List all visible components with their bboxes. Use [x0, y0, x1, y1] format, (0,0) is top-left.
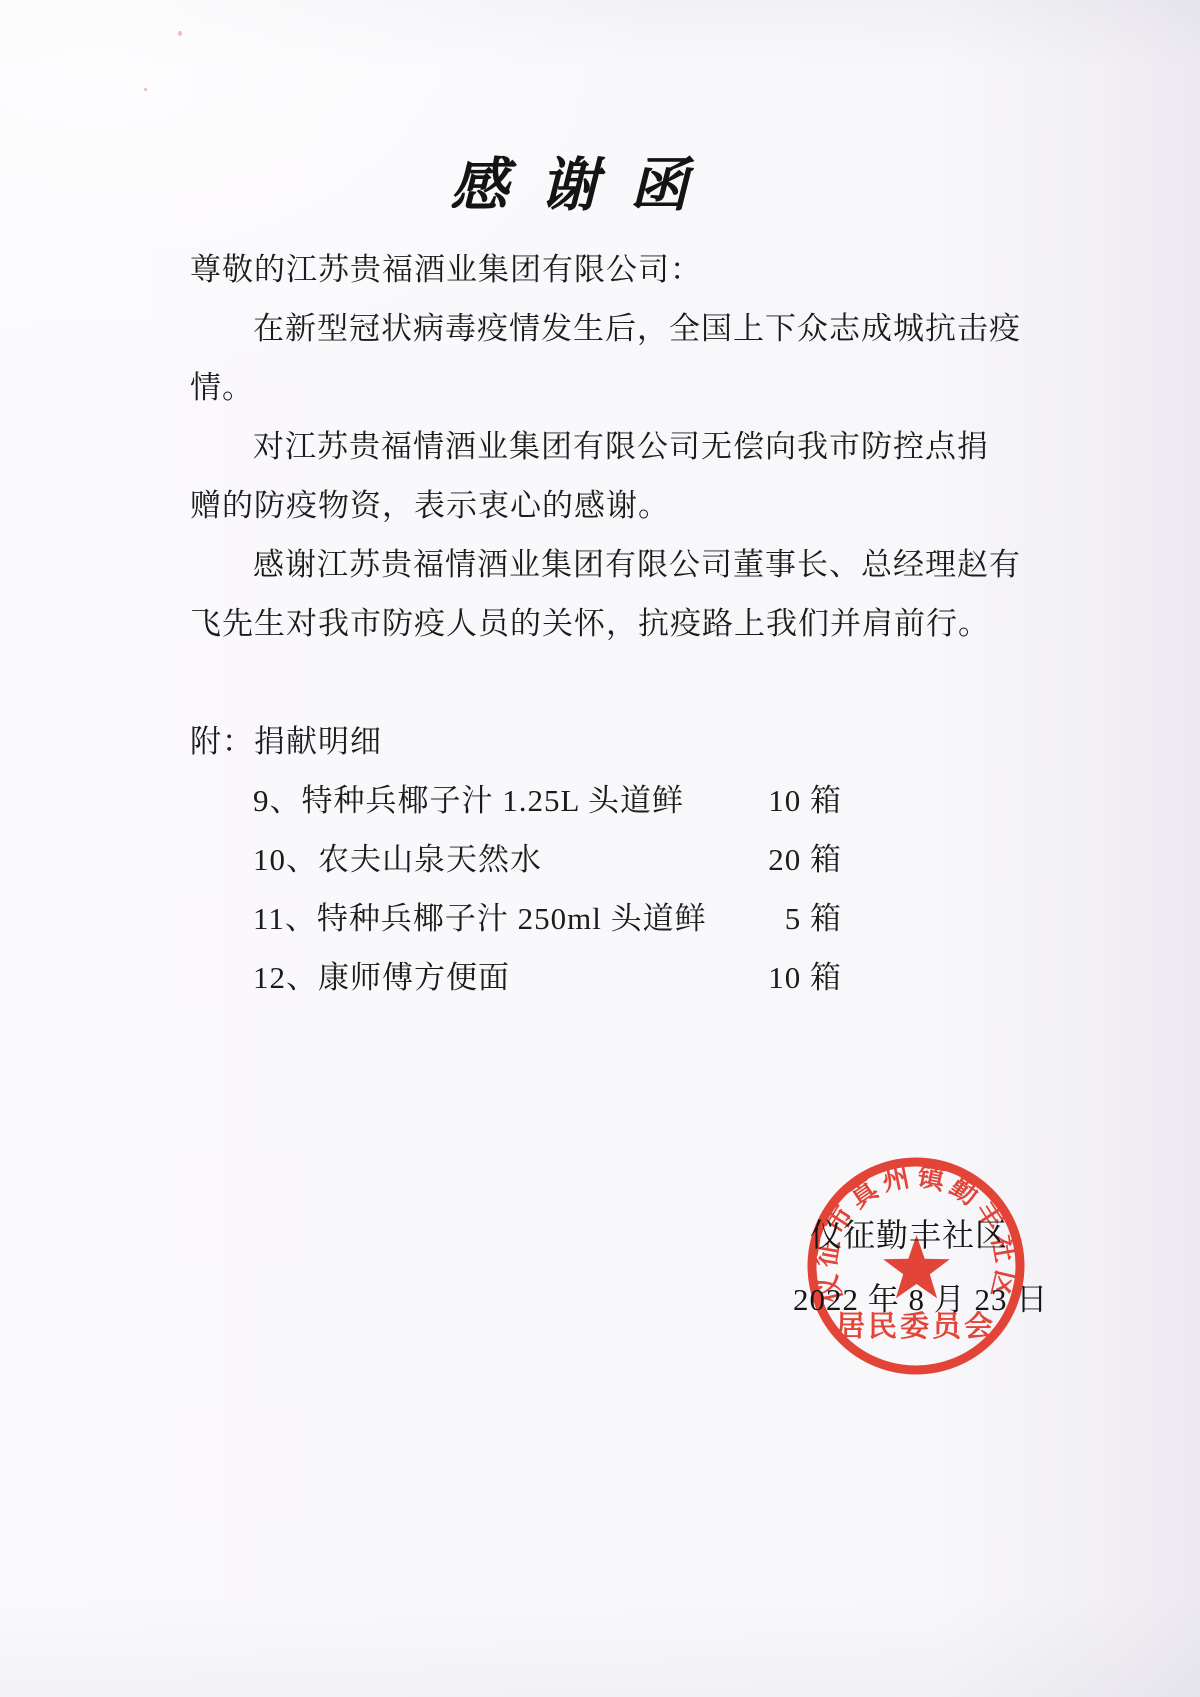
letter-title: 感谢函 [0, 138, 1170, 222]
donation-item: 9、特种兵椰子汁 1.25L 头道鲜 10 箱 [190, 771, 842, 830]
donation-item-qty: 20 箱 [768, 830, 842, 889]
donation-item-qty: 10 箱 [768, 948, 842, 1007]
official-seal-stamp: 仪征市真州镇勤丰社区 居民委员会 [803, 1150, 1029, 1382]
paragraph-line: 对江苏贵福情酒业集团有限公司无偿向我市防控点捐 [190, 417, 970, 476]
letter-body: 尊敬的江苏贵福酒业集团有限公司： 在新型冠状病毒疫情发生后，全国上下众志成城抗击… [190, 240, 970, 1007]
signature-date: 2022 年 8 月 23 日 [793, 1274, 1048, 1319]
attachment-heading: 附：捐献明细 [190, 712, 970, 771]
paragraph-line: 飞先生对我市防疫人员的关怀，抗疫路上我们并肩前行。 [190, 594, 970, 653]
donation-item-name: 12、康师傅方便面 [253, 948, 510, 1007]
donation-item: 11、特种兵椰子汁 250ml 头道鲜 5 箱 [190, 889, 842, 948]
scan-speck [144, 88, 147, 91]
donation-item: 12、康师傅方便面 10 箱 [190, 948, 842, 1007]
donation-item-name: 9、特种兵椰子汁 1.25L 头道鲜 [253, 771, 684, 830]
donation-item-name: 10、农夫山泉天然水 [253, 830, 542, 889]
paragraph-line: 感谢江苏贵福情酒业集团有限公司董事长、总经理赵有 [190, 535, 970, 594]
donation-item-name: 11、特种兵椰子汁 250ml 头道鲜 [253, 889, 707, 948]
paragraph-line: 赠的防疫物资，表示衷心的感谢。 [190, 476, 970, 535]
donation-item: 10、农夫山泉天然水 20 箱 [190, 830, 842, 889]
donation-item-qty: 10 箱 [768, 771, 842, 830]
donation-item-qty: 5 箱 [785, 889, 842, 948]
attachment-section: 附：捐献明细 9、特种兵椰子汁 1.25L 头道鲜 10 箱 10、农夫山泉天然… [190, 712, 970, 1007]
paragraph-line: 在新型冠状病毒疫情发生后，全国上下众志成城抗击疫 [190, 299, 970, 358]
donation-list: 9、特种兵椰子汁 1.25L 头道鲜 10 箱 10、农夫山泉天然水 20 箱 … [190, 771, 970, 1007]
paragraph-line: 情。 [190, 358, 970, 417]
salutation: 尊敬的江苏贵福酒业集团有限公司： [190, 240, 970, 299]
signature-org: 仪征勤丰社区 [810, 1210, 1008, 1256]
scanned-letter-page: 感谢函 尊敬的江苏贵福酒业集团有限公司： 在新型冠状病毒疫情发生后，全国上下众志… [0, 0, 1200, 1697]
scan-speck [178, 31, 182, 36]
